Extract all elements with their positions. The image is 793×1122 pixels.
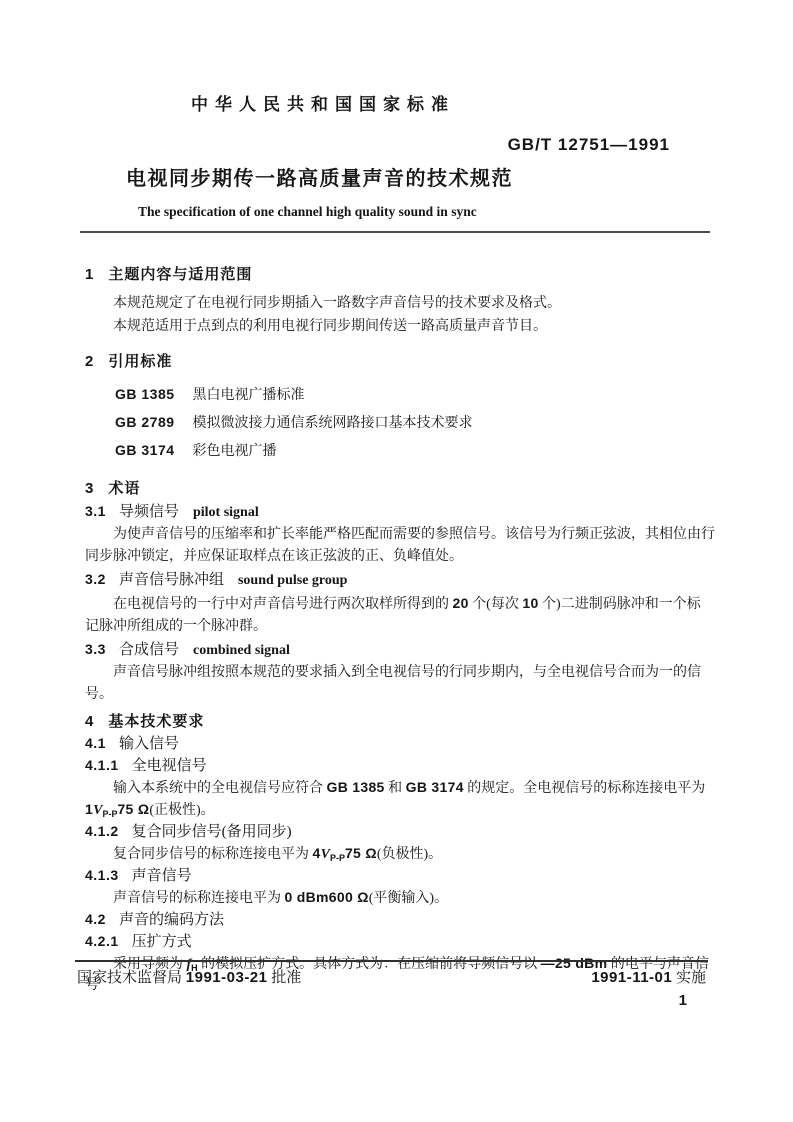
section-1-title: 主题内容与适用范围	[108, 266, 252, 283]
clause-number: 4.2.1	[85, 933, 119, 949]
value-20: 20	[453, 595, 469, 611]
clause-title: 复合同步信号(备用同步)	[132, 824, 292, 840]
clause-title: 输入信号	[119, 736, 179, 752]
standard-number: GB/T 12751—1991	[85, 133, 718, 157]
term-cn: 导频信号	[119, 504, 179, 520]
symbol-v: V	[321, 847, 330, 862]
clause-number: 4.2	[85, 911, 106, 927]
term-en: sound pulse group	[238, 573, 347, 588]
reference-code: GB 3174	[115, 442, 175, 458]
term-3-1-definition-line-1: 为使声音信号的压缩率和扩长率能严格匹配而需要的参照信号。该信号为行频正弦波，其相…	[85, 524, 718, 546]
clause-title: 压扩方式	[132, 934, 192, 950]
implementation-statement: 1991-11-01 实施	[591, 966, 706, 990]
text-segment: 在电视信号的一行中对声音信号进行两次取样所得到的	[113, 597, 453, 612]
section-4-body: 4.1输入信号 4.1.1全电视信号 输入本系统中的全电视信号应符合 GB 13…	[85, 733, 718, 996]
text-segment: (平衡输入)。	[369, 891, 448, 906]
approval-statement: 国家技术监督局 1991-03-21 批准	[77, 966, 301, 990]
clause-4-1-1-heading: 4.1.1全电视信号	[85, 755, 718, 777]
section-2-heading: 2引用标准	[85, 350, 718, 373]
section-3-heading: 3术语	[85, 477, 718, 500]
national-standard-banner: 中华人民共和国国家标准	[191, 93, 718, 117]
section-1-heading: 1主题内容与适用范围	[85, 263, 718, 286]
text-segment: 个(每次	[469, 597, 523, 612]
value-75-ohm: 75 Ω	[117, 801, 149, 817]
term-3-3-definition-line-2: 号。	[85, 684, 718, 706]
value-75-ohm: 75 Ω	[345, 845, 377, 861]
term-cn: 声音信号脉冲组	[119, 572, 224, 588]
clause-number: 4.1.2	[85, 823, 119, 839]
reference-item: GB 3174彩色电视广播	[85, 437, 718, 465]
value-4: 4	[313, 845, 321, 861]
clause-4-1-2-heading: 4.1.2复合同步信号(备用同步)	[85, 821, 718, 843]
reference-name: 彩色电视广播	[193, 444, 277, 459]
page-content: 中华人民共和国国家标准 GB/T 12751—1991 电视同步期传一路高质量声…	[0, 93, 793, 996]
clause-4-1-heading: 4.1输入信号	[85, 733, 718, 755]
text-segment: 和	[385, 781, 406, 796]
section-3-body: 3.1导频信号pilot signal 为使声音信号的压缩率和扩长率能严格匹配而…	[85, 500, 718, 706]
section-4-number: 4	[85, 713, 93, 730]
header-rule	[80, 231, 710, 233]
section-3-number: 3	[85, 480, 93, 497]
implementation-label: 实施	[672, 970, 706, 986]
term-en: combined signal	[193, 643, 290, 658]
section-3-title: 术语	[108, 480, 140, 497]
clause-4-2-1-heading: 4.2.1压扩方式	[85, 931, 718, 953]
value-10: 10	[522, 595, 538, 611]
reference-item: GB 2789模拟微波接力通信系统网路接口基本技术要求	[85, 409, 718, 437]
reference-list: GB 1385黑白电视广播标准 GB 2789模拟微波接力通信系统网路接口基本技…	[85, 381, 718, 465]
term-3-1-definition-line-2: 同步脉冲锁定，并应保证取样点在该正弦波的正、负峰值处。	[85, 546, 718, 568]
approval-label: 批准	[268, 970, 302, 986]
clause-title: 声音的编码方法	[119, 912, 224, 928]
value-0dbm-600-ohm: 0 dBm600 Ω	[285, 889, 369, 905]
term-3-3-definition-line-1: 声音信号脉冲组按照本规范的要求插入到全电视信号的行同步期内，与全电视信号合而为一…	[85, 662, 718, 684]
subscript-pp: P-P	[102, 809, 117, 819]
standard-document-page: 中华人民共和国国家标准 GB/T 12751—1991 电视同步期传一路高质量声…	[0, 0, 793, 1122]
text-segment: (负极性)。	[377, 847, 442, 862]
term-3-2-definition-line-2: 记脉冲所组成的一个脉冲群。	[85, 616, 718, 638]
clause-number: 4.1.1	[85, 757, 119, 773]
clause-4-1-2-paragraph: 复合同步信号的标称连接电平为 4VP-P75 Ω(负极性)。	[85, 843, 718, 865]
value-1: 1	[85, 801, 93, 817]
clause-title: 声音信号	[132, 868, 192, 884]
text-segment: 的规定。全电视信号的标称连接电平为	[464, 781, 706, 796]
reference-item: GB 1385黑白电视广播标准	[85, 381, 718, 409]
approval-org: 国家技术监督局	[77, 970, 186, 986]
clause-4-1-1-line-2: 1VP-P75 Ω(正极性)。	[85, 799, 718, 821]
reference-code: GB 2789	[115, 414, 175, 430]
term-3-2-heading: 3.2声音信号脉冲组sound pulse group	[85, 568, 718, 592]
reference-name: 模拟微波接力通信系统网路接口基本技术要求	[193, 416, 473, 431]
approval-date: 1991-03-21	[186, 969, 268, 986]
clause-4-1-1-line-1: 输入本系统中的全电视信号应符合 GB 1385 和 GB 3174 的规定。全电…	[85, 777, 718, 799]
term-3-2-definition-line-1: 在电视信号的一行中对声音信号进行两次取样所得到的 20 个(每次 10 个)二进…	[85, 592, 718, 616]
text-segment: 复合同步信号的标称连接电平为	[113, 847, 313, 862]
page-number: 1	[77, 991, 687, 1011]
text-segment: (正极性)。	[149, 803, 214, 818]
footer-rule	[75, 960, 708, 962]
ref-gb-1385: GB 1385	[327, 779, 385, 795]
text-segment: 输入本系统中的全电视信号应符合	[113, 781, 327, 796]
term-en: pilot signal	[193, 505, 259, 520]
document-title-en: The specification of one channel high qu…	[138, 201, 718, 223]
document-title-cn: 电视同步期传一路高质量声音的技术规范	[126, 164, 718, 194]
section-2-title: 引用标准	[108, 353, 172, 370]
subscript-pp: P-P	[330, 853, 345, 863]
section-1-paragraph-2: 本规范适用于点到点的利用电视行同步期间传送一路高质量声音节目。	[85, 315, 718, 338]
clause-4-2-heading: 4.2声音的编码方法	[85, 909, 718, 931]
clause-4-1-3-heading: 4.1.3声音信号	[85, 865, 718, 887]
section-2-number: 2	[85, 353, 93, 370]
clause-title: 全电视信号	[132, 758, 207, 774]
term-3-1-heading: 3.1导频信号pilot signal	[85, 500, 718, 524]
clause-4-1-3-paragraph: 声音信号的标称连接电平为 0 dBm600 Ω(平衡输入)。	[85, 887, 718, 909]
text-segment: 个)二进制码脉冲和一个标	[539, 597, 701, 612]
reference-code: GB 1385	[115, 386, 175, 402]
term-cn: 合成信号	[119, 642, 179, 658]
text-segment: 声音信号的标称连接电平为	[113, 891, 285, 906]
term-number: 3.2	[85, 571, 106, 587]
implementation-date: 1991-11-01	[591, 969, 672, 986]
clause-number: 4.1.3	[85, 867, 119, 883]
term-3-3-heading: 3.3合成信号combined signal	[85, 638, 718, 662]
section-4-title: 基本技术要求	[108, 713, 204, 730]
clause-number: 4.1	[85, 735, 106, 751]
reference-name: 黑白电视广播标准	[193, 388, 305, 403]
section-1-paragraph-1: 本规范规定了在电视行同步期插入一路数字声音信号的技术要求及格式。	[85, 292, 718, 315]
term-number: 3.3	[85, 641, 106, 657]
term-number: 3.1	[85, 503, 106, 519]
section-1-number: 1	[85, 266, 93, 283]
section-4-heading: 4基本技术要求	[85, 710, 718, 733]
footer: 国家技术监督局 1991-03-21 批准 1991-11-01 实施	[77, 966, 706, 990]
ref-gb-3174: GB 3174	[406, 779, 464, 795]
